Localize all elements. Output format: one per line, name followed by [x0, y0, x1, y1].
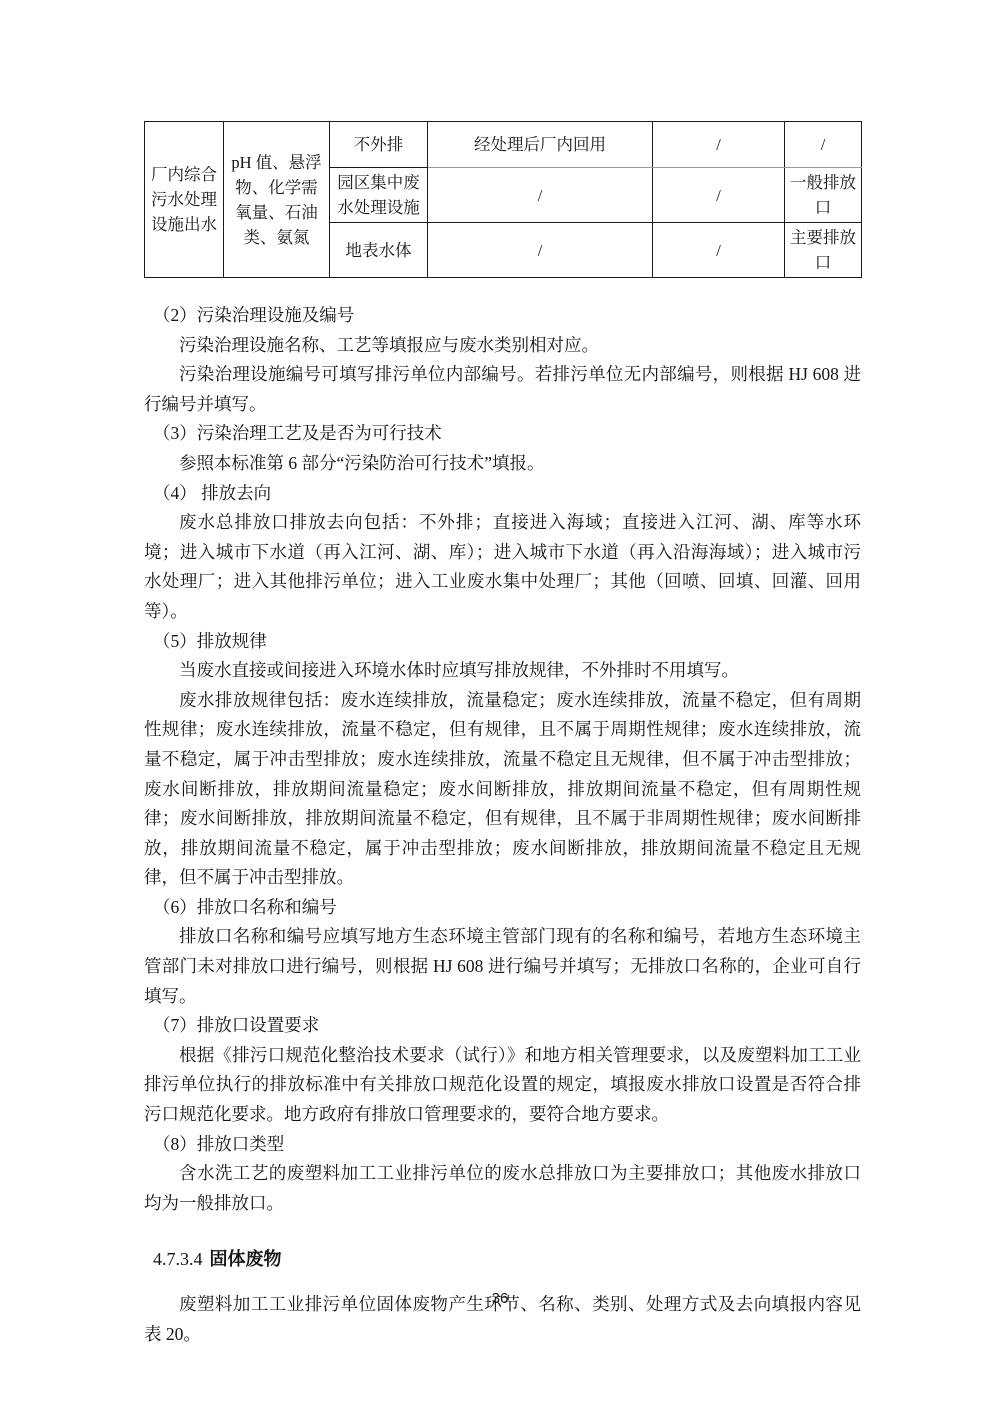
cell-outlet-type: 一般排放口	[785, 168, 862, 223]
paragraph: 含水洗工艺的废塑料加工工业排污单位的废水总排放口为主要排放口；其他废水排放口均为…	[144, 1159, 861, 1218]
list-item-heading: （7）排放口设置要求	[144, 1011, 861, 1041]
cell-blank: /	[653, 168, 785, 223]
list-item-heading: （3）污染治理工艺及是否为可行技术	[144, 419, 861, 449]
cell-blank: /	[653, 122, 785, 168]
table-row: 厂内综合污水处理设施出水 pH 值、悬浮物、化学需氧量、石油类、氨氮 不外排 经…	[145, 122, 862, 168]
list-item-heading: （6）排放口名称和编号	[144, 893, 861, 923]
cell-treatment: 经处理后厂内回用	[428, 122, 653, 168]
section-title: 固体废物	[210, 1249, 282, 1269]
list-item-heading: （8）排放口类型	[144, 1130, 861, 1160]
cell-treatment: /	[428, 168, 653, 223]
cell-blank: /	[653, 223, 785, 278]
cell-outlet-type: 主要排放口	[785, 223, 862, 278]
paragraph: 当废水直接或间接进入环境水体时应填写排放规律，不外排时不用填写。	[144, 656, 861, 686]
paragraph: 污染治理设施名称、工艺等填报应与废水类别相对应。	[144, 331, 861, 361]
paragraph: 排放口名称和编号应填写地方生态环境主管部门现有的名称和编号，若地方生态环境主管部…	[144, 922, 861, 1011]
cell-destination: 园区集中废水处理设施	[330, 168, 428, 223]
list-item-heading: （2）污染治理设施及编号	[144, 301, 861, 331]
page-number: 36	[0, 1290, 1000, 1307]
cell-treatment: /	[428, 223, 653, 278]
section-heading: 4.7.3.4固体废物	[144, 1245, 861, 1273]
cell-destination: 不外排	[330, 122, 428, 168]
document-page: 厂内综合污水处理设施出水 pH 值、悬浮物、化学需氧量、石油类、氨氮 不外排 经…	[0, 0, 1000, 1414]
paragraph: 废水排放规律包括：废水连续排放，流量稳定；废水连续排放，流量不稳定，但有周期性规…	[144, 686, 861, 893]
paragraph: 参照本标准第 6 部分“污染防治可行技术”填报。	[144, 449, 861, 479]
list-item-heading: （4） 排放去向	[144, 479, 861, 509]
paragraph: 污染治理设施编号可填写排污单位内部编号。若排污单位无内部编号，则根据 HJ 60…	[144, 360, 861, 419]
paragraph: 废水总排放口排放去向包括：不外排；直接进入海域；直接进入江河、湖、库等水环境；进…	[144, 508, 861, 626]
page-content: 厂内综合污水处理设施出水 pH 值、悬浮物、化学需氧量、石油类、氨氮 不外排 经…	[144, 121, 861, 1350]
cell-pollutants: pH 值、悬浮物、化学需氧量、石油类、氨氮	[224, 122, 330, 278]
cell-outlet-name: 厂内综合污水处理设施出水	[145, 122, 224, 278]
list-item-heading: （5）排放规律	[144, 627, 861, 657]
wastewater-outlet-table: 厂内综合污水处理设施出水 pH 值、悬浮物、化学需氧量、石油类、氨氮 不外排 经…	[144, 121, 862, 278]
cell-outlet-type: /	[785, 122, 862, 168]
cell-destination: 地表水体	[330, 223, 428, 278]
body-text: （2）污染治理设施及编号 污染治理设施名称、工艺等填报应与废水类别相对应。 污染…	[144, 301, 861, 1218]
paragraph: 根据《排污口规范化整治技术要求（试行）》和地方相关管理要求，以及废塑料加工工业排…	[144, 1041, 861, 1130]
section-number: 4.7.3.4	[153, 1249, 203, 1269]
